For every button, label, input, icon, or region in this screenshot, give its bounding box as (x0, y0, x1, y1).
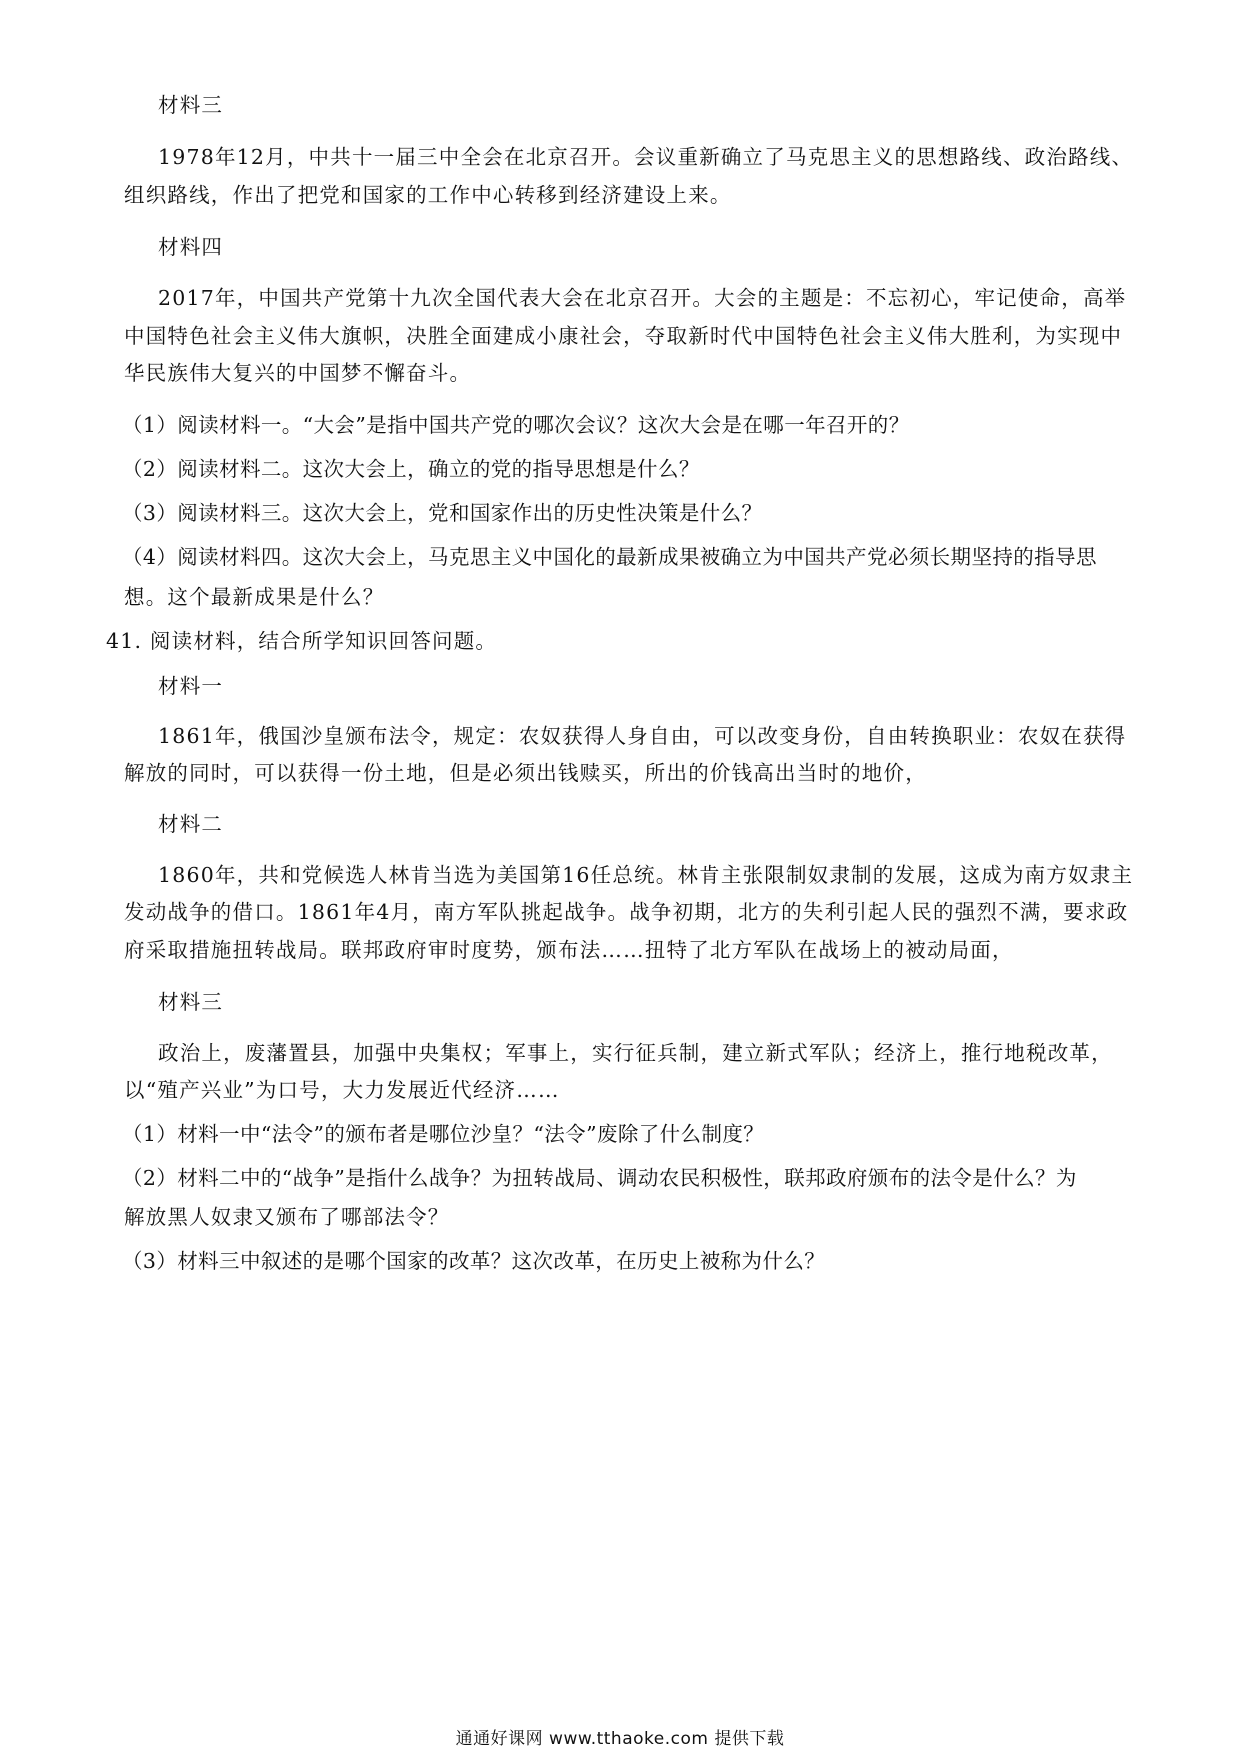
material-text-line: 组织路线，作出了把党和国家的工作中心转移到经济建设上来。 (124, 181, 732, 209)
sub-question-continued: 想。这个最新成果是什么？ (124, 583, 384, 611)
sub-question: （2）材料二中的“战争”是指什么战争？为扭转战局、调动农民积极性，联邦政府颁布的… (122, 1164, 1077, 1192)
material-text-line: 政治上，废藩置县，加强中央集权；军事上，实行征兵制，建立新式军队；经济上，推行地… (158, 1039, 1113, 1067)
material-text-line: 2017年，中国共产党第十九次全国代表大会在北京召开。大会的主题是：不忘初心，牢… (158, 284, 1126, 312)
sub-question: （2）阅读材料二。这次大会上，确立的党的指导思想是什么？ (122, 455, 700, 483)
material-label: 材料三 (158, 988, 223, 1016)
material-text-line: 解放的同时，可以获得一份土地，但是必须出钱赎买，所出的价钱高出当时的地价， (124, 759, 927, 787)
material-text-line: 1978年12月，中共十一届三中全会在北京召开。会议重新确立了马克思主义的思想路… (158, 143, 1133, 171)
material-text-line: 华民族伟大复兴的中国梦不懈奋斗。 (124, 359, 471, 387)
document-page: 材料三 1978年12月，中共十一届三中全会在北京召开。会议重新确立了马克思主义… (0, 0, 1240, 1754)
sub-question: （4）阅读材料四。这次大会上，马克思主义中国化的最新成果被确立为中国共产党必须长… (122, 543, 1097, 571)
material-text-line: 中国特色社会主义伟大旗帜，决胜全面建成小康社会，夺取新时代中国特色社会主义伟大胜… (124, 322, 1122, 350)
material-text-line: 府采取措施扭转战局。联邦政府审时度势，颁布法……扭特了北方军队在战场上的被动局面… (124, 936, 1014, 964)
material-text-line: 1860年，共和党候选人林肯当选为美国第16任总统。林肯主张限制奴隶制的发展，这… (158, 861, 1133, 889)
sub-question-continued: 解放黑人奴隶又颁布了哪部法令？ (124, 1203, 450, 1231)
material-label: 材料二 (158, 810, 223, 838)
question-stem: 41. 阅读材料，结合所学知识回答问题。 (106, 627, 497, 655)
material-text-line: 1861年，俄国沙皇颁布法令，规定：农奴获得人身自由，可以改变身份，自由转换职业… (158, 722, 1126, 750)
sub-question: （1）材料一中“法令”的颁布者是哪位沙皇？“法令”废除了什么制度？ (122, 1120, 764, 1148)
sub-question: （3）材料三中叙述的是哪个国家的改革？这次改革，在历史上被称为什么？ (122, 1247, 825, 1275)
material-text-line: 发动战争的借口。1861年4月，南方军队挑起战争。战争初期，北方的失利引起人民的… (124, 898, 1128, 926)
sub-question: （3）阅读材料三。这次大会上，党和国家作出的历史性决策是什么？ (122, 499, 762, 527)
material-label: 材料三 (158, 91, 223, 119)
material-label: 材料四 (158, 233, 223, 261)
material-text-line: 以“殖产兴业”为口号，大力发展近代经济…… (124, 1076, 560, 1104)
material-label: 材料一 (158, 672, 223, 700)
sub-question: （1）阅读材料一。“大会”是指中国共产党的哪次会议？这次大会是在哪一年召开的？ (122, 411, 910, 439)
footer-watermark: 通通好课网 www.tthaoke.com 提供下载 (0, 1724, 1240, 1749)
